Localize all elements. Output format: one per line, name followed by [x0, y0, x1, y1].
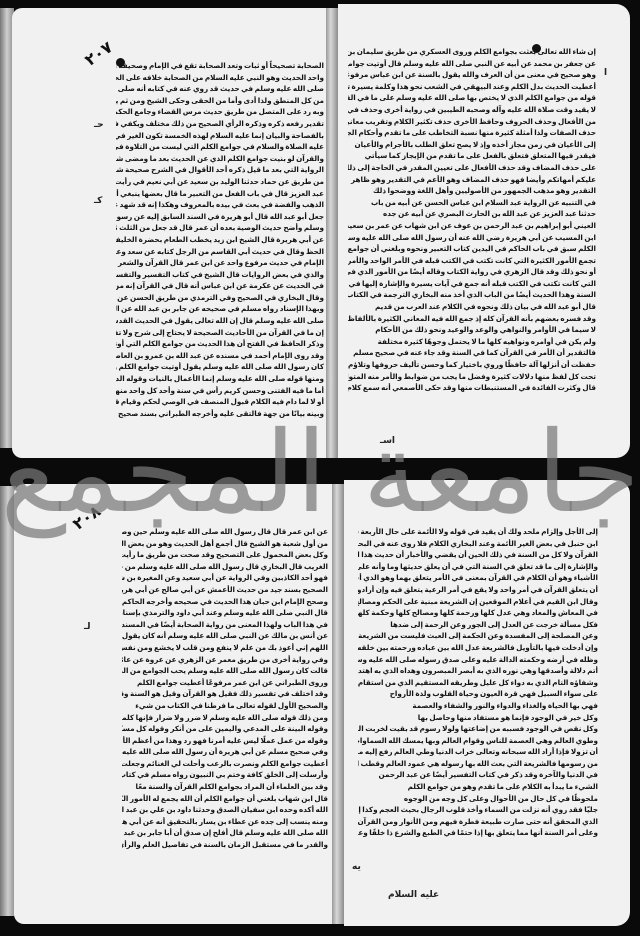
page-number: ٢٠٨ [69, 501, 104, 533]
page-number: ٢٠٧ [81, 37, 116, 69]
manuscript-text-block: الصحابة تصحيحاً أو ثبات وتعد الصحابة تقع… [116, 60, 324, 419]
page-207: ٢٠٧ حـ كـ الصحابة تصحيحاً أو ثبات وتعد ا… [12, 8, 336, 458]
margin-note: حـ [94, 120, 104, 130]
manuscript-text-block: إلى الأجل وإلزام ملحد ولك أن يقيد في قول… [358, 526, 598, 839]
book-spine [326, 8, 338, 458]
page-208: ٢٠٨ لـ عن ابن عمر قال قال رسول الله صلى … [14, 484, 342, 924]
book-spine [332, 484, 344, 924]
page-right-top: ا اسـ إن شاء الله تعالى بعثت بجوامع الكل… [338, 4, 630, 458]
manuscript-text-block: عن ابن عمر قال قال رسول الله صلى الله عل… [122, 526, 328, 851]
page-right-bottom: يه إلى الأجل وإلزام ملحد ولك أن يقيد في … [344, 480, 630, 926]
footer-signature: عليه السلام [388, 890, 439, 900]
margin-note: لـ [84, 622, 90, 632]
margin-note: ا [604, 68, 607, 78]
margin-note: يه [352, 862, 361, 872]
margin-note: اسـ [380, 436, 395, 446]
bottom-spread: ٢٠٨ لـ عن ابن عمر قال قال رسول الله صلى … [0, 478, 640, 936]
top-spread: ٢٠٧ حـ كـ الصحابة تصحيحاً أو ثبات وتعد ا… [0, 0, 640, 458]
margin-note: كـ [94, 196, 102, 206]
manuscript-text-block: إن شاء الله تعالى بعثت بجوامع الكلم وروى… [348, 46, 596, 394]
